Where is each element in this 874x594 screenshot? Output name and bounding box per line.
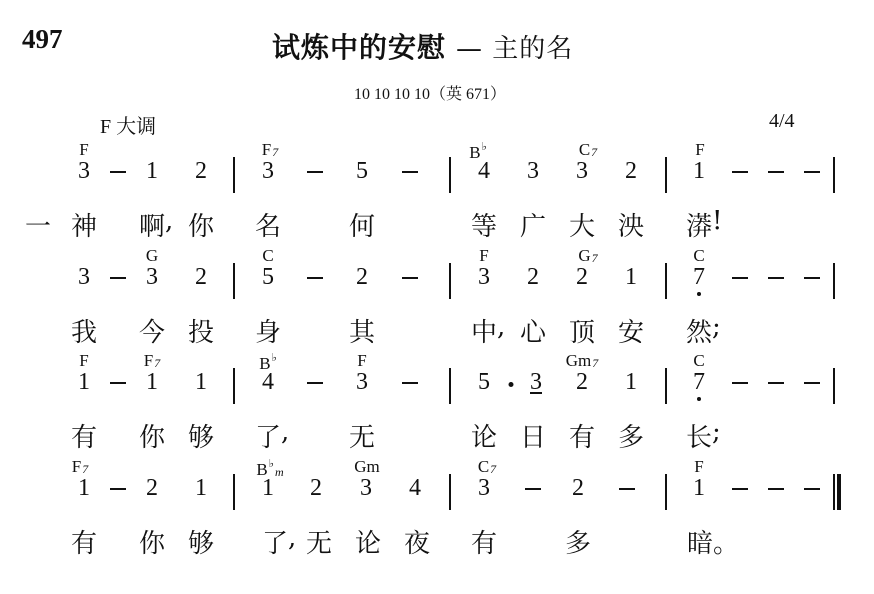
note: 2 <box>625 158 637 185</box>
sustain-dash <box>804 382 820 384</box>
final-bar-thick <box>837 474 841 510</box>
note: 3 <box>360 475 372 502</box>
bar-line <box>833 157 835 193</box>
note: 4 <box>478 158 490 185</box>
chord-symbol: Gm7 <box>566 351 599 371</box>
sustain-dash <box>619 488 635 490</box>
score-line: F7B♭mGmC7F1211234321有你够了,无论夜有多暗。 <box>0 457 874 563</box>
lyric-punctuation: ; <box>712 417 721 447</box>
score-line: FF7B♭C7F3123543321一神啊,你名何等广大泱漭! <box>0 140 874 246</box>
lyric-syllable: 有 <box>71 417 97 454</box>
lyric-syllable: 顶 <box>569 312 595 349</box>
bar-line <box>233 368 235 404</box>
note: 2 <box>576 264 588 291</box>
sustain-dash <box>732 382 748 384</box>
note: 1 <box>693 475 705 502</box>
chord-suffix: 7 <box>82 462 88 476</box>
final-bar-thin <box>833 474 835 510</box>
time-signature: 4/4 <box>769 110 795 133</box>
bar-line <box>665 263 667 299</box>
lyric-syllable: 名 <box>255 206 281 243</box>
flat-sign: ♭ <box>272 352 277 364</box>
flat-sign: ♭ <box>482 141 487 153</box>
hymn-subtitle: — 主的名 <box>456 34 573 64</box>
lyric-syllable: 然; <box>686 312 712 349</box>
lyric-syllable: 投 <box>188 312 214 349</box>
note: 2 <box>527 264 539 291</box>
chord-symbol: C7 <box>579 140 597 160</box>
lower-octave-dot <box>697 397 701 401</box>
sustain-dash <box>110 382 126 384</box>
lyric-syllable: 心 <box>520 312 546 349</box>
sustain-dash <box>768 488 784 490</box>
lyric-syllable: 有 <box>471 523 497 560</box>
chord-symbol: F7 <box>72 457 88 477</box>
lyric-syllable: 够 <box>188 523 214 560</box>
key-signature: F 大调 <box>100 110 156 139</box>
chord-symbol: F <box>357 351 366 371</box>
bar-line <box>833 368 835 404</box>
chord-symbol: C7 <box>478 457 496 477</box>
note: 1 <box>693 158 705 185</box>
lyric-punctuation: 。 <box>713 523 739 560</box>
lyric-syllable: 了, <box>255 417 281 454</box>
note: 1 <box>625 369 637 396</box>
sustain-dash <box>110 277 126 279</box>
augmentation-dot <box>509 382 514 387</box>
note: 2 <box>146 475 158 502</box>
note: 1 <box>195 475 207 502</box>
lyric-syllable: 一 <box>25 206 51 243</box>
note: 3 <box>478 475 490 502</box>
note: 7 <box>693 369 705 396</box>
bar-line <box>233 157 235 193</box>
lyric-syllable: 日 <box>520 417 546 454</box>
bar-line <box>833 263 835 299</box>
lyric-syllable: 长; <box>686 417 712 454</box>
chord-symbol: F <box>79 351 88 371</box>
lyric-syllable: 其 <box>349 312 375 349</box>
hymn-number: 497 <box>22 24 63 55</box>
chord-suffix: 7 <box>591 145 597 159</box>
sustain-dash <box>525 488 541 490</box>
chord-symbol: F <box>695 140 704 160</box>
note: 4 <box>262 369 274 396</box>
sustain-dash <box>732 277 748 279</box>
lyric-syllable: 神 <box>71 206 97 243</box>
lyric-punctuation: , <box>288 523 296 553</box>
lyric-syllable: 身 <box>255 312 281 349</box>
hymn-title: 试炼中的安慰— 主的名 <box>272 26 573 66</box>
bar-line <box>233 474 235 510</box>
score-line: FF7B♭FGm7C1114353217有你够了,无论日有多长; <box>0 351 874 457</box>
chord-symbol: G7 <box>578 246 597 266</box>
lower-octave-dot <box>697 292 701 296</box>
bar-line <box>449 368 451 404</box>
note: 2 <box>356 264 368 291</box>
lyric-syllable: 中, <box>471 312 497 349</box>
meter-info: 10 10 10 10（英 671） <box>354 81 506 104</box>
sustain-dash <box>768 382 784 384</box>
note: 5 <box>356 158 368 185</box>
chord-symbol: F <box>479 246 488 266</box>
lyric-punctuation: , <box>497 312 505 342</box>
sustain-dash <box>402 171 418 173</box>
lyric-syllable: 你 <box>188 206 214 243</box>
bar-line <box>449 474 451 510</box>
sustain-dash <box>307 171 323 173</box>
note: 3 <box>78 264 90 291</box>
chord-symbol: F7 <box>262 140 278 160</box>
note: 1 <box>146 369 158 396</box>
chord-symbol: C <box>693 351 704 371</box>
lyric-syllable: 我 <box>71 312 97 349</box>
flat-sign: ♭ <box>269 458 274 470</box>
lyric-syllable: 安 <box>618 312 644 349</box>
chord-symbol: Gm <box>354 457 380 477</box>
note: 2 <box>572 475 584 502</box>
note: 3 <box>356 369 368 396</box>
chord-suffix: 7 <box>154 356 160 370</box>
hymn-title-main: 试炼中的安慰 <box>272 31 446 64</box>
sustain-dash <box>402 382 418 384</box>
note: 1 <box>195 369 207 396</box>
chord-symbol: C <box>693 246 704 266</box>
chord-suffix: 7 <box>272 145 278 159</box>
note: 2 <box>576 369 588 396</box>
note: 3 <box>478 264 490 291</box>
chord-symbol: F <box>694 457 703 477</box>
chord-symbol: G <box>146 246 158 266</box>
lyric-punctuation: , <box>281 417 289 447</box>
sustain-dash <box>732 171 748 173</box>
sustain-dash <box>110 171 126 173</box>
note: 3 <box>527 158 539 185</box>
chord-symbol: F <box>79 140 88 160</box>
chord-suffix: 7 <box>592 356 598 370</box>
lyric-syllable: 多 <box>565 523 591 560</box>
lyric-punctuation: ! <box>712 206 722 236</box>
bar-line <box>665 474 667 510</box>
note: 7 <box>693 264 705 291</box>
sustain-dash <box>804 277 820 279</box>
chord-suffix: 7 <box>592 251 598 265</box>
bar-line <box>449 157 451 193</box>
note: 3 <box>576 158 588 185</box>
sustain-dash <box>768 277 784 279</box>
chord-suffix: m <box>275 465 284 479</box>
bar-line <box>233 263 235 299</box>
note: 1 <box>78 475 90 502</box>
lyric-syllable: 论 <box>471 417 497 454</box>
bar-line <box>449 263 451 299</box>
lyric-syllable: 今 <box>139 312 165 349</box>
lyric-syllable: 啊, <box>139 206 165 243</box>
lyric-syllable: 等 <box>471 206 497 243</box>
note: 5 <box>478 369 490 396</box>
lyric-syllable: 无 <box>349 417 375 454</box>
lyric-punctuation: , <box>165 206 173 236</box>
sustain-dash <box>732 488 748 490</box>
lyric-syllable: 泱 <box>618 206 644 243</box>
note: 2 <box>195 158 207 185</box>
lyric-syllable: 多 <box>618 417 644 454</box>
lyric-syllable: 有 <box>569 417 595 454</box>
sustain-dash <box>307 382 323 384</box>
note: 2 <box>195 264 207 291</box>
lyric-syllable: 漭! <box>686 206 712 243</box>
lyric-syllable: 广 <box>520 206 546 243</box>
sustain-dash <box>768 171 784 173</box>
note: 3 <box>78 158 90 185</box>
lyric-punctuation: ; <box>712 312 721 342</box>
chord-symbol: C <box>262 246 273 266</box>
note: 1 <box>262 475 274 502</box>
lyric-syllable: 够 <box>188 417 214 454</box>
note: 3 <box>262 158 274 185</box>
bar-line <box>665 368 667 404</box>
note: 1 <box>625 264 637 291</box>
note: 5 <box>262 264 274 291</box>
lyric-syllable: 何 <box>349 206 375 243</box>
bar-line <box>665 157 667 193</box>
note: 1 <box>146 158 158 185</box>
note: 3 <box>146 264 158 291</box>
note: 1 <box>78 369 90 396</box>
chord-symbol: F7 <box>144 351 160 371</box>
sustain-dash <box>110 488 126 490</box>
sustain-dash <box>804 171 820 173</box>
score-line: GCFG7C3325232217我今投身其中,心顶安然; <box>0 246 874 352</box>
lyric-syllable: 无 <box>306 523 332 560</box>
lyric-syllable: 你 <box>139 417 165 454</box>
lyric-syllable: 论 <box>355 523 381 560</box>
sustain-dash <box>804 488 820 490</box>
lyric-syllable: 你 <box>139 523 165 560</box>
note: 2 <box>310 475 322 502</box>
lyric-syllable: 大 <box>569 206 595 243</box>
lyric-syllable: 了, <box>262 523 288 560</box>
note: 3 <box>530 369 542 396</box>
sustain-dash <box>402 277 418 279</box>
chord-suffix: 7 <box>490 462 496 476</box>
lyric-syllable: 暗。 <box>687 523 713 560</box>
sustain-dash <box>307 277 323 279</box>
lyric-syllable: 有 <box>71 523 97 560</box>
lyric-syllable: 夜 <box>404 523 430 560</box>
note: 4 <box>409 475 421 502</box>
